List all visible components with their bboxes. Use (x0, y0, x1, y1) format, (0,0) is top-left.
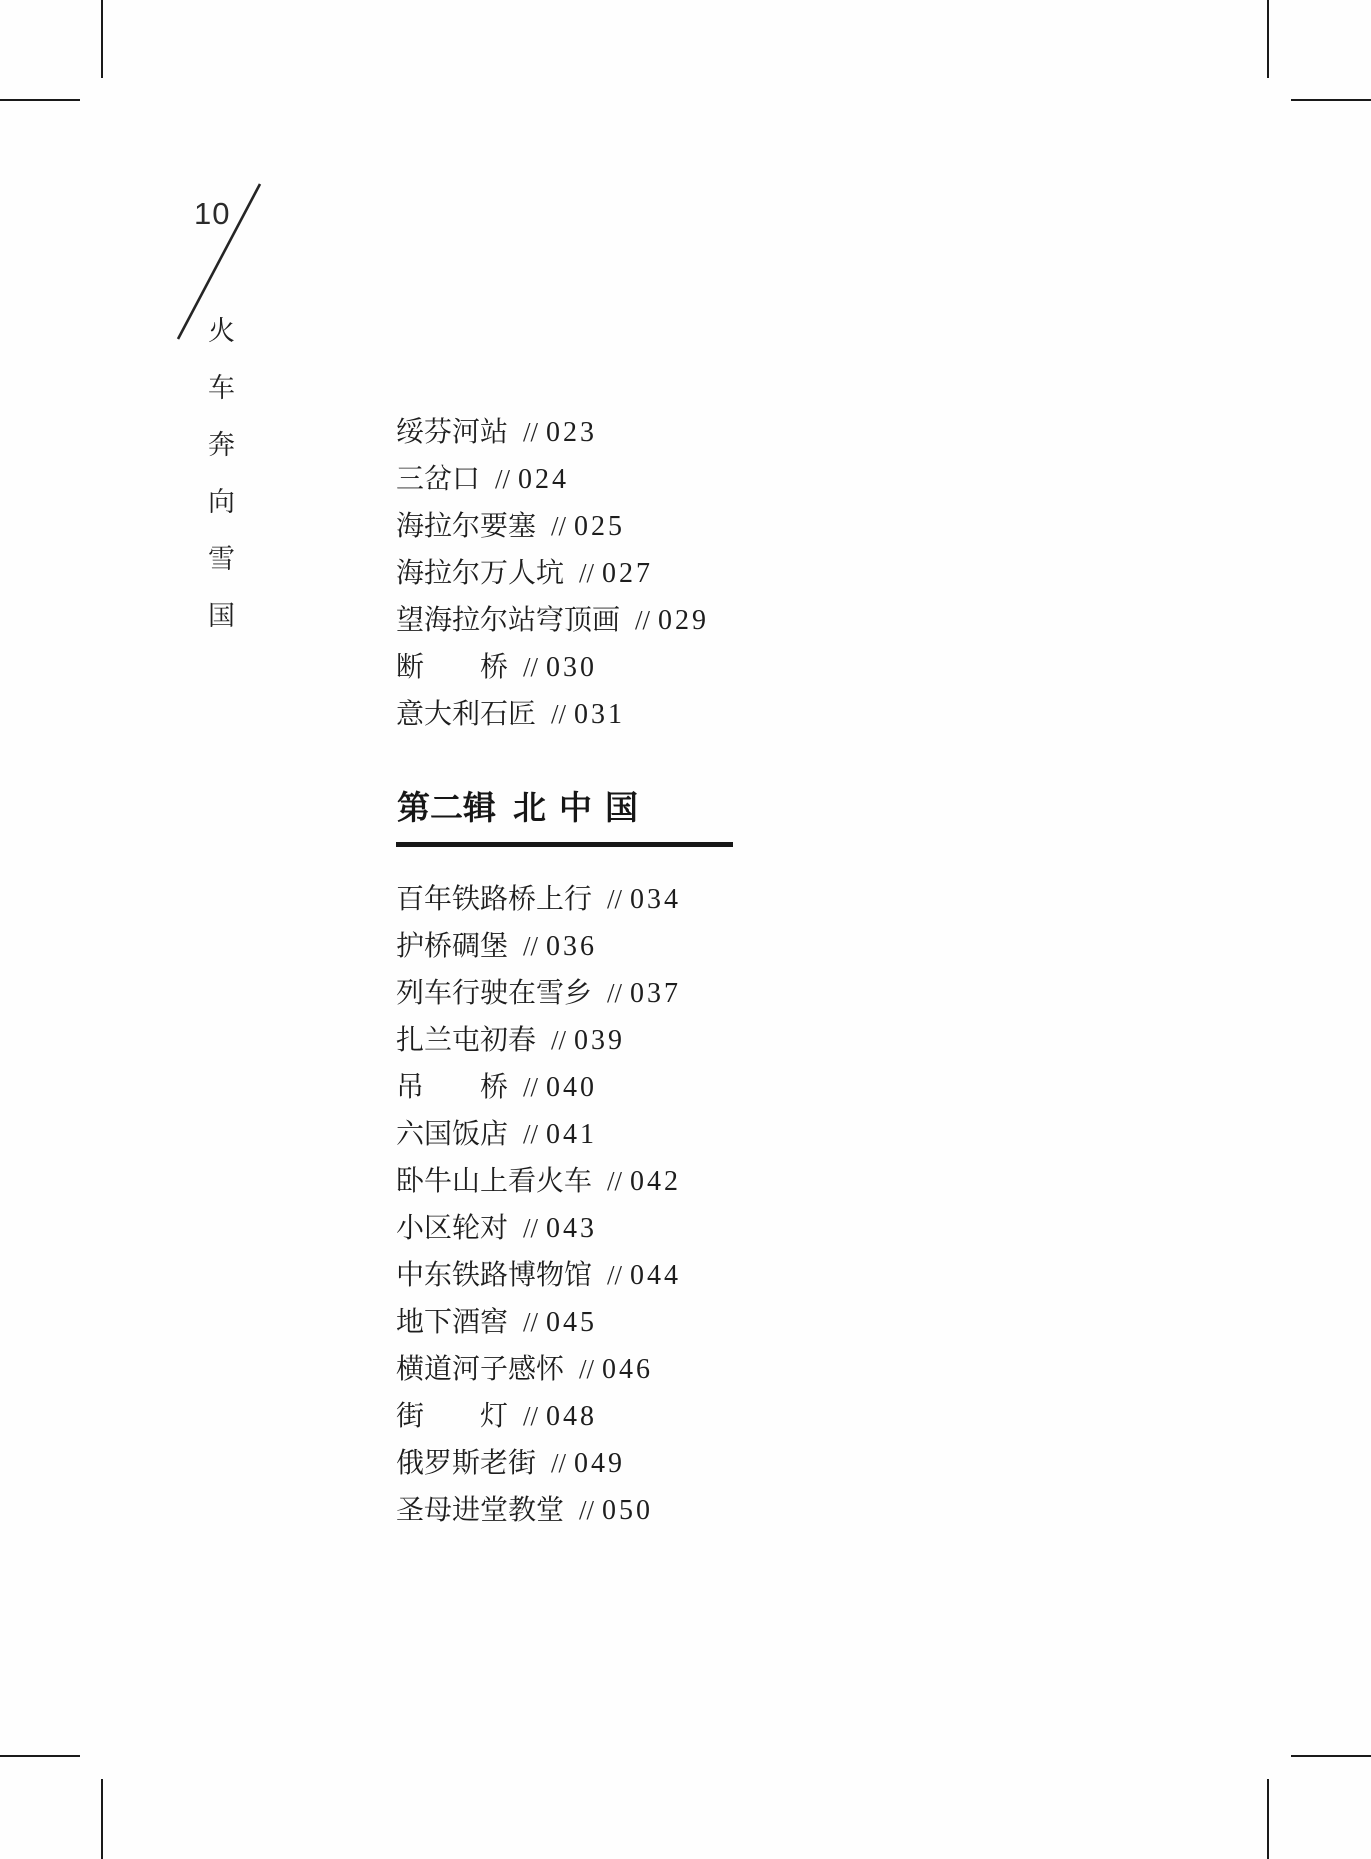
toc-entry-page: 044 (630, 1260, 681, 1291)
toc-entry-separator: // (523, 1307, 538, 1337)
toc-entry-separator: // (523, 652, 538, 682)
toc-entry-title: 俄罗斯老街 (396, 1448, 536, 1479)
toc-entry-page: 037 (630, 978, 681, 1009)
crop-mark-bottom-right-vertical (1267, 1779, 1269, 1859)
toc-entry-title: 列车行驶在雪乡 (396, 978, 592, 1009)
toc-entry: 俄罗斯老街//049 (396, 1440, 681, 1487)
toc-entry: 六国饭店//041 (396, 1111, 681, 1158)
toc-entry: 地下酒窖//045 (396, 1299, 681, 1346)
toc-entry-page: 031 (574, 699, 625, 730)
toc-entry: 扎兰屯初春//039 (396, 1017, 681, 1064)
crop-mark-top-right-horizontal (1291, 99, 1371, 101)
toc-entry-separator: // (523, 1119, 538, 1149)
toc-entry-title: 绥芬河站 (396, 417, 508, 448)
crop-mark-bottom-left-vertical (101, 1779, 103, 1859)
toc-entry: 街 灯//048 (396, 1393, 681, 1440)
toc-entry-separator: // (495, 464, 510, 494)
toc-entry-title: 断 桥 (396, 652, 508, 683)
book-title-vertical: 火车奔向雪国 (205, 316, 233, 658)
toc-entry-page: 050 (602, 1495, 653, 1526)
toc-entry-separator: // (635, 605, 650, 635)
section-heading-title: 北中国 (513, 791, 651, 827)
toc-entry-page: 042 (630, 1166, 681, 1197)
crop-mark-top-left-vertical (101, 0, 103, 78)
crop-mark-bottom-right-horizontal (1291, 1755, 1371, 1757)
toc-entry-page: 041 (546, 1119, 597, 1150)
toc-entry-separator: // (551, 511, 566, 541)
book-toc-page: 10 火车奔向雪国 绥芬河站//023 三岔口//024 海拉尔要塞//025 … (0, 0, 1371, 1859)
toc-entry-title: 吊 桥 (396, 1072, 508, 1103)
toc-entry-separator: // (523, 417, 538, 447)
toc-entry-title: 百年铁路桥上行 (396, 884, 592, 915)
toc-entry-separator: // (579, 1495, 594, 1525)
toc-entry-page: 048 (546, 1401, 597, 1432)
toc-entry-title: 圣母进堂教堂 (396, 1495, 564, 1526)
crop-mark-bottom-left-horizontal (0, 1755, 80, 1757)
toc-entry-page: 049 (574, 1448, 625, 1479)
toc-entry-page: 040 (546, 1072, 597, 1103)
section-heading-underline (396, 842, 733, 847)
toc-entry-page: 034 (630, 884, 681, 915)
toc-entry-title: 意大利石匠 (396, 699, 536, 730)
toc-entry-separator: // (523, 1213, 538, 1243)
toc-entry-title: 六国饭店 (396, 1119, 508, 1150)
toc-entry-title: 中东铁路博物馆 (396, 1260, 592, 1291)
toc-entry: 吊 桥//040 (396, 1064, 681, 1111)
toc-entry-title: 扎兰屯初春 (396, 1025, 536, 1056)
toc-entry-separator: // (579, 558, 594, 588)
toc-entry-separator: // (523, 1072, 538, 1102)
toc-entry: 望海拉尔站穹顶画//029 (396, 597, 709, 644)
toc-entry-separator: // (551, 1025, 566, 1055)
toc-entry: 意大利石匠//031 (396, 691, 709, 738)
toc-entry-separator: // (607, 884, 622, 914)
toc-entry-separator: // (523, 931, 538, 961)
crop-mark-top-left-horizontal (0, 99, 80, 101)
toc-entry: 横道河子感怀//046 (396, 1346, 681, 1393)
toc-entry-page: 025 (574, 511, 625, 542)
toc-entry-page: 039 (574, 1025, 625, 1056)
toc-entry-title: 地下酒窖 (396, 1307, 508, 1338)
toc-entry: 海拉尔万人坑//027 (396, 550, 709, 597)
toc-entry: 护桥碉堡//036 (396, 923, 681, 970)
toc-entry-title: 海拉尔万人坑 (396, 558, 564, 589)
toc-entry-title: 望海拉尔站穹顶画 (396, 605, 620, 636)
toc-entry: 绥芬河站//023 (396, 409, 709, 456)
toc-entry: 卧牛山上看火车//042 (396, 1158, 681, 1205)
toc-entry-page: 024 (518, 464, 569, 495)
toc-entry-page: 036 (546, 931, 597, 962)
section-heading: 第二辑北中国 (397, 792, 651, 827)
toc-entry: 三岔口//024 (396, 456, 709, 503)
toc-entry: 列车行驶在雪乡//037 (396, 970, 681, 1017)
toc-entry: 圣母进堂教堂//050 (396, 1487, 681, 1534)
toc-entry-title: 卧牛山上看火车 (396, 1166, 592, 1197)
toc-entry-page: 029 (658, 605, 709, 636)
section-heading-label: 第二辑 (397, 791, 496, 827)
toc-entry-title: 横道河子感怀 (396, 1354, 564, 1385)
toc-entry-page: 043 (546, 1213, 597, 1244)
toc-entry-title: 护桥碉堡 (396, 931, 508, 962)
toc-entry: 海拉尔要塞//025 (396, 503, 709, 550)
toc-entry-title: 海拉尔要塞 (396, 511, 536, 542)
toc-entry-separator: // (607, 1260, 622, 1290)
toc-entry-page: 023 (546, 417, 597, 448)
toc-entry-page: 045 (546, 1307, 597, 1338)
toc-entry-separator: // (579, 1354, 594, 1384)
toc-section-tail-list: 绥芬河站//023 三岔口//024 海拉尔要塞//025 海拉尔万人坑//02… (396, 409, 709, 738)
toc-entry-page: 046 (602, 1354, 653, 1385)
toc-entry: 断 桥//030 (396, 644, 709, 691)
toc-entry-separator: // (551, 699, 566, 729)
toc-entry-separator: // (607, 978, 622, 1008)
toc-entry-page: 030 (546, 652, 597, 683)
toc-entry-title: 街 灯 (396, 1401, 508, 1432)
crop-mark-top-right-vertical (1267, 0, 1269, 78)
toc-entry: 中东铁路博物馆//044 (396, 1252, 681, 1299)
toc-entry-page: 027 (602, 558, 653, 589)
toc-entry-title: 三岔口 (396, 464, 480, 495)
toc-entry: 百年铁路桥上行//034 (396, 876, 681, 923)
toc-entry-separator: // (607, 1166, 622, 1196)
toc-entry-separator: // (551, 1448, 566, 1478)
toc-entry-separator: // (523, 1401, 538, 1431)
toc-entry-title: 小区轮对 (396, 1213, 508, 1244)
toc-entry: 小区轮对//043 (396, 1205, 681, 1252)
toc-section2-list: 百年铁路桥上行//034 护桥碉堡//036 列车行驶在雪乡//037 扎兰屯初… (396, 876, 681, 1534)
